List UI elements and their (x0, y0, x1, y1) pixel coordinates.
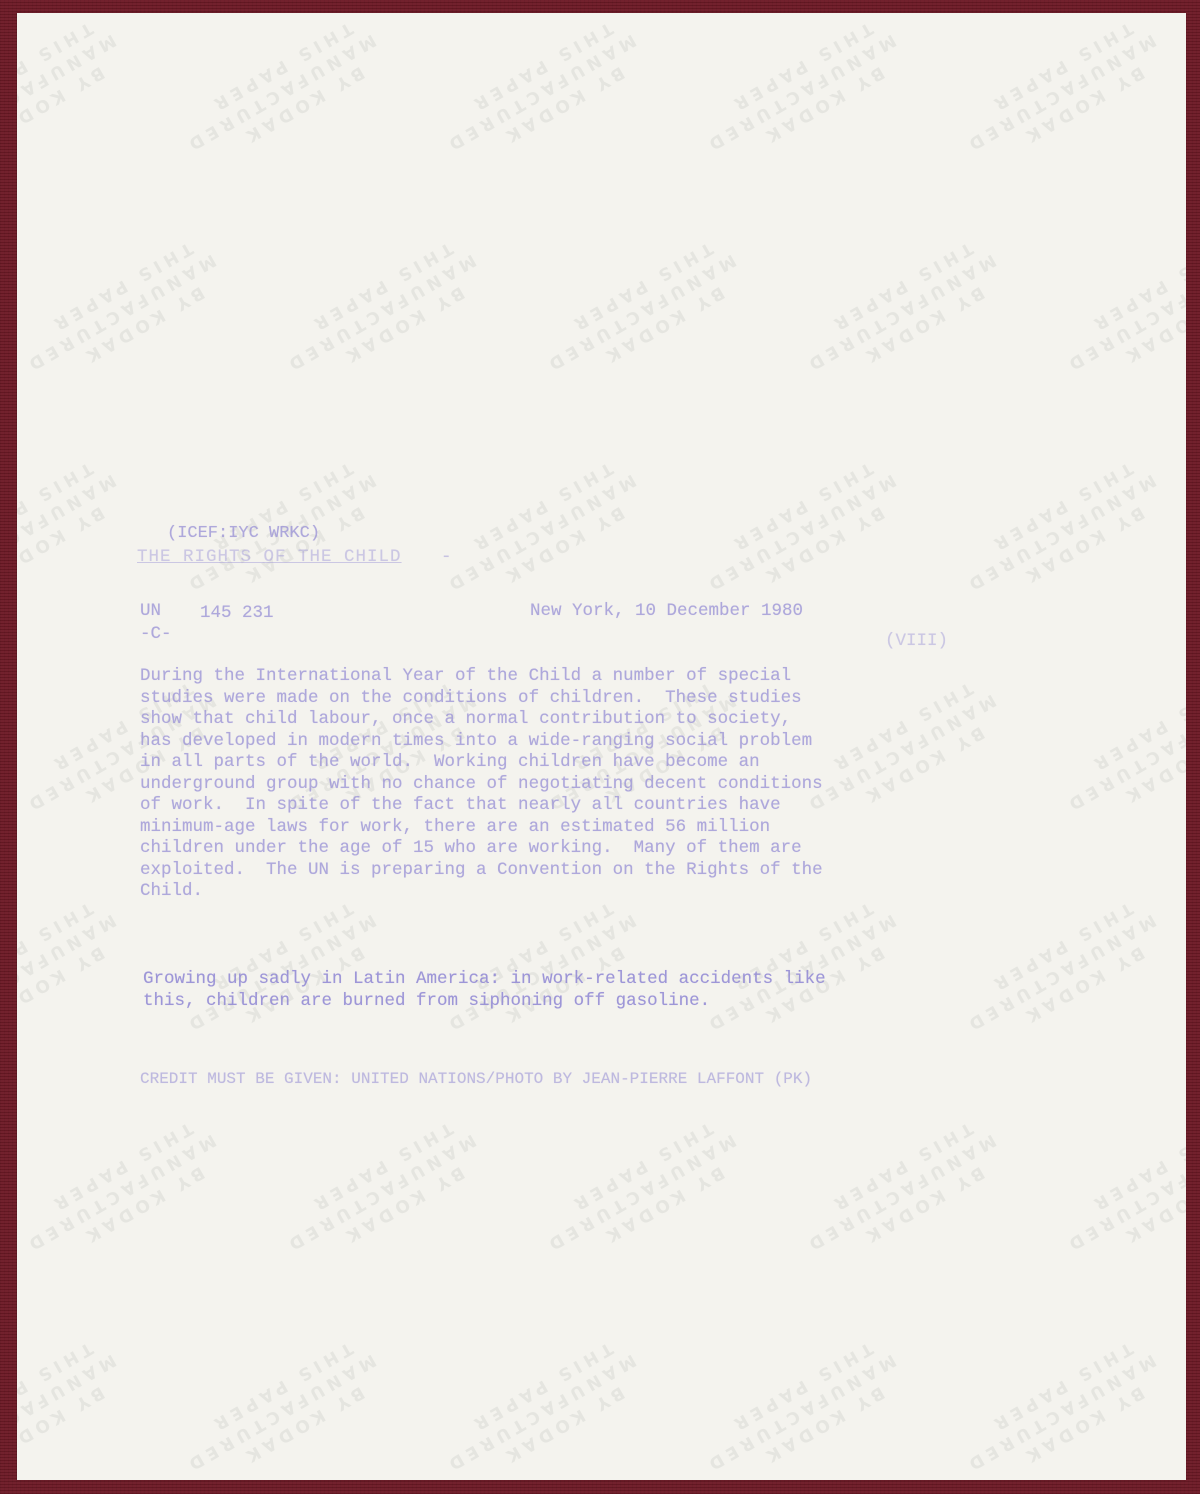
watermark-stamp: BY KODAKMANUFACTUREDTHIS PAPER (453, 890, 651, 1042)
watermark-stamp: BY KODAKMANUFACTUREDTHIS PAPER (713, 13, 911, 162)
watermark-stamp: BY KODAKMANUFACTUREDTHIS PAPER (193, 890, 391, 1042)
watermark-stamp: BY KODAKMANUFACTUREDTHIS PAPER (293, 230, 491, 382)
body-line: underground group with no chance of nego… (140, 774, 940, 796)
watermark-stamp: BY KODAKMANUFACTUREDTHIS PAPER (453, 13, 651, 162)
document-title: THE RIGHTS OF THE CHILD (137, 547, 402, 569)
photo-caption: Growing up sadly in Latin America: in wo… (143, 969, 826, 1012)
photo-source: UN (140, 601, 161, 623)
watermark-stamp: BY KODAKMANUFACTUREDTHIS PAPER (973, 13, 1171, 162)
watermark-stamp: BY KODAKMANUFACTUREDTHIS PAPER (713, 890, 911, 1042)
photo-number: 145 231 (200, 603, 274, 625)
body-paragraph: During the International Year of the Chi… (140, 666, 940, 903)
watermark-stamp: BY KODAKMANUFACTUREDTHIS PAPER (1073, 670, 1186, 822)
watermark-stamp: BY KODAKMANUFACTUREDTHIS PAPER (453, 1330, 651, 1480)
watermark-stamp: BY KODAKMANUFACTUREDTHIS PAPER (813, 230, 1011, 382)
body-line: studies were made on the conditions of c… (140, 688, 940, 710)
body-line: show that child labour, once a normal co… (140, 709, 940, 731)
watermark-stamp: BY KODAKMANUFACTUREDTHIS PAPER (193, 13, 391, 162)
caption-line: this, children are burned from siphoning… (143, 991, 826, 1013)
watermark-stamp: BY KODAKMANUFACTUREDTHIS PAPER (17, 890, 131, 1042)
watermark-stamp: BY KODAKMANUFACTUREDTHIS PAPER (553, 1110, 751, 1262)
caption-line: Growing up sadly in Latin America: in wo… (143, 969, 826, 991)
body-line: in all parts of the world. Working child… (140, 752, 940, 774)
reference-code: (ICEF:IYC WRKC) (167, 523, 320, 545)
watermark-stamp: BY KODAKMANUFACTUREDTHIS PAPER (293, 1110, 491, 1262)
credit-line: CREDIT MUST BE GIVEN: UNITED NATIONS/PHO… (140, 1069, 812, 1091)
watermark-stamp: BY KODAKMANUFACTUREDTHIS PAPER (17, 1330, 131, 1480)
watermark-stamp: BY KODAKMANUFACTUREDTHIS PAPER (453, 450, 651, 602)
watermark-stamp: BY KODAKMANUFACTUREDTHIS PAPER (17, 450, 131, 602)
dateline: New York, 10 December 1980 (530, 601, 803, 623)
watermark-stamp: BY KODAKMANUFACTUREDTHIS PAPER (713, 450, 911, 602)
watermark-stamp: BY KODAKMANUFACTUREDTHIS PAPER (193, 1330, 391, 1480)
body-line: Child. (140, 881, 940, 903)
body-line: has developed in modern times into a wid… (140, 731, 940, 753)
letter-code: -C- (140, 624, 172, 646)
watermark-stamp: BY KODAKMANUFACTUREDTHIS PAPER (973, 890, 1171, 1042)
body-line: During the International Year of the Chi… (140, 666, 940, 688)
watermark-stamp: BY KODAKMANUFACTUREDTHIS PAPER (33, 1110, 231, 1262)
watermark-stamp: BY KODAKMANUFACTUREDTHIS PAPER (553, 230, 751, 382)
watermark-stamp: BY KODAKMANUFACTUREDTHIS PAPER (813, 1110, 1011, 1262)
watermark-stamp: BY KODAKMANUFACTUREDTHIS PAPER (17, 13, 131, 162)
watermark-stamp: BY KODAKMANUFACTUREDTHIS PAPER (33, 230, 231, 382)
watermark-stamp: BY KODAKMANUFACTUREDTHIS PAPER (713, 1330, 911, 1480)
title-trailing-mark: - (441, 547, 452, 569)
watermark-stamp: BY KODAKMANUFACTUREDTHIS PAPER (1073, 1110, 1186, 1262)
body-line: of work. In spite of the fact that nearl… (140, 795, 940, 817)
photo-back-paper: BY KODAKMANUFACTUREDTHIS PAPERBY KODAKMA… (17, 13, 1186, 1480)
section-mark: (VIII) (885, 631, 948, 653)
body-line: minimum-age laws for work, there are an … (140, 817, 940, 839)
body-line: children under the age of 15 who are wor… (140, 838, 940, 860)
watermark-stamp: BY KODAKMANUFACTUREDTHIS PAPER (973, 450, 1171, 602)
watermark-stamp: BY KODAKMANUFACTUREDTHIS PAPER (1073, 230, 1186, 382)
watermark-stamp: BY KODAKMANUFACTUREDTHIS PAPER (973, 1330, 1171, 1480)
body-line: exploited. The UN is preparing a Convent… (140, 860, 940, 882)
